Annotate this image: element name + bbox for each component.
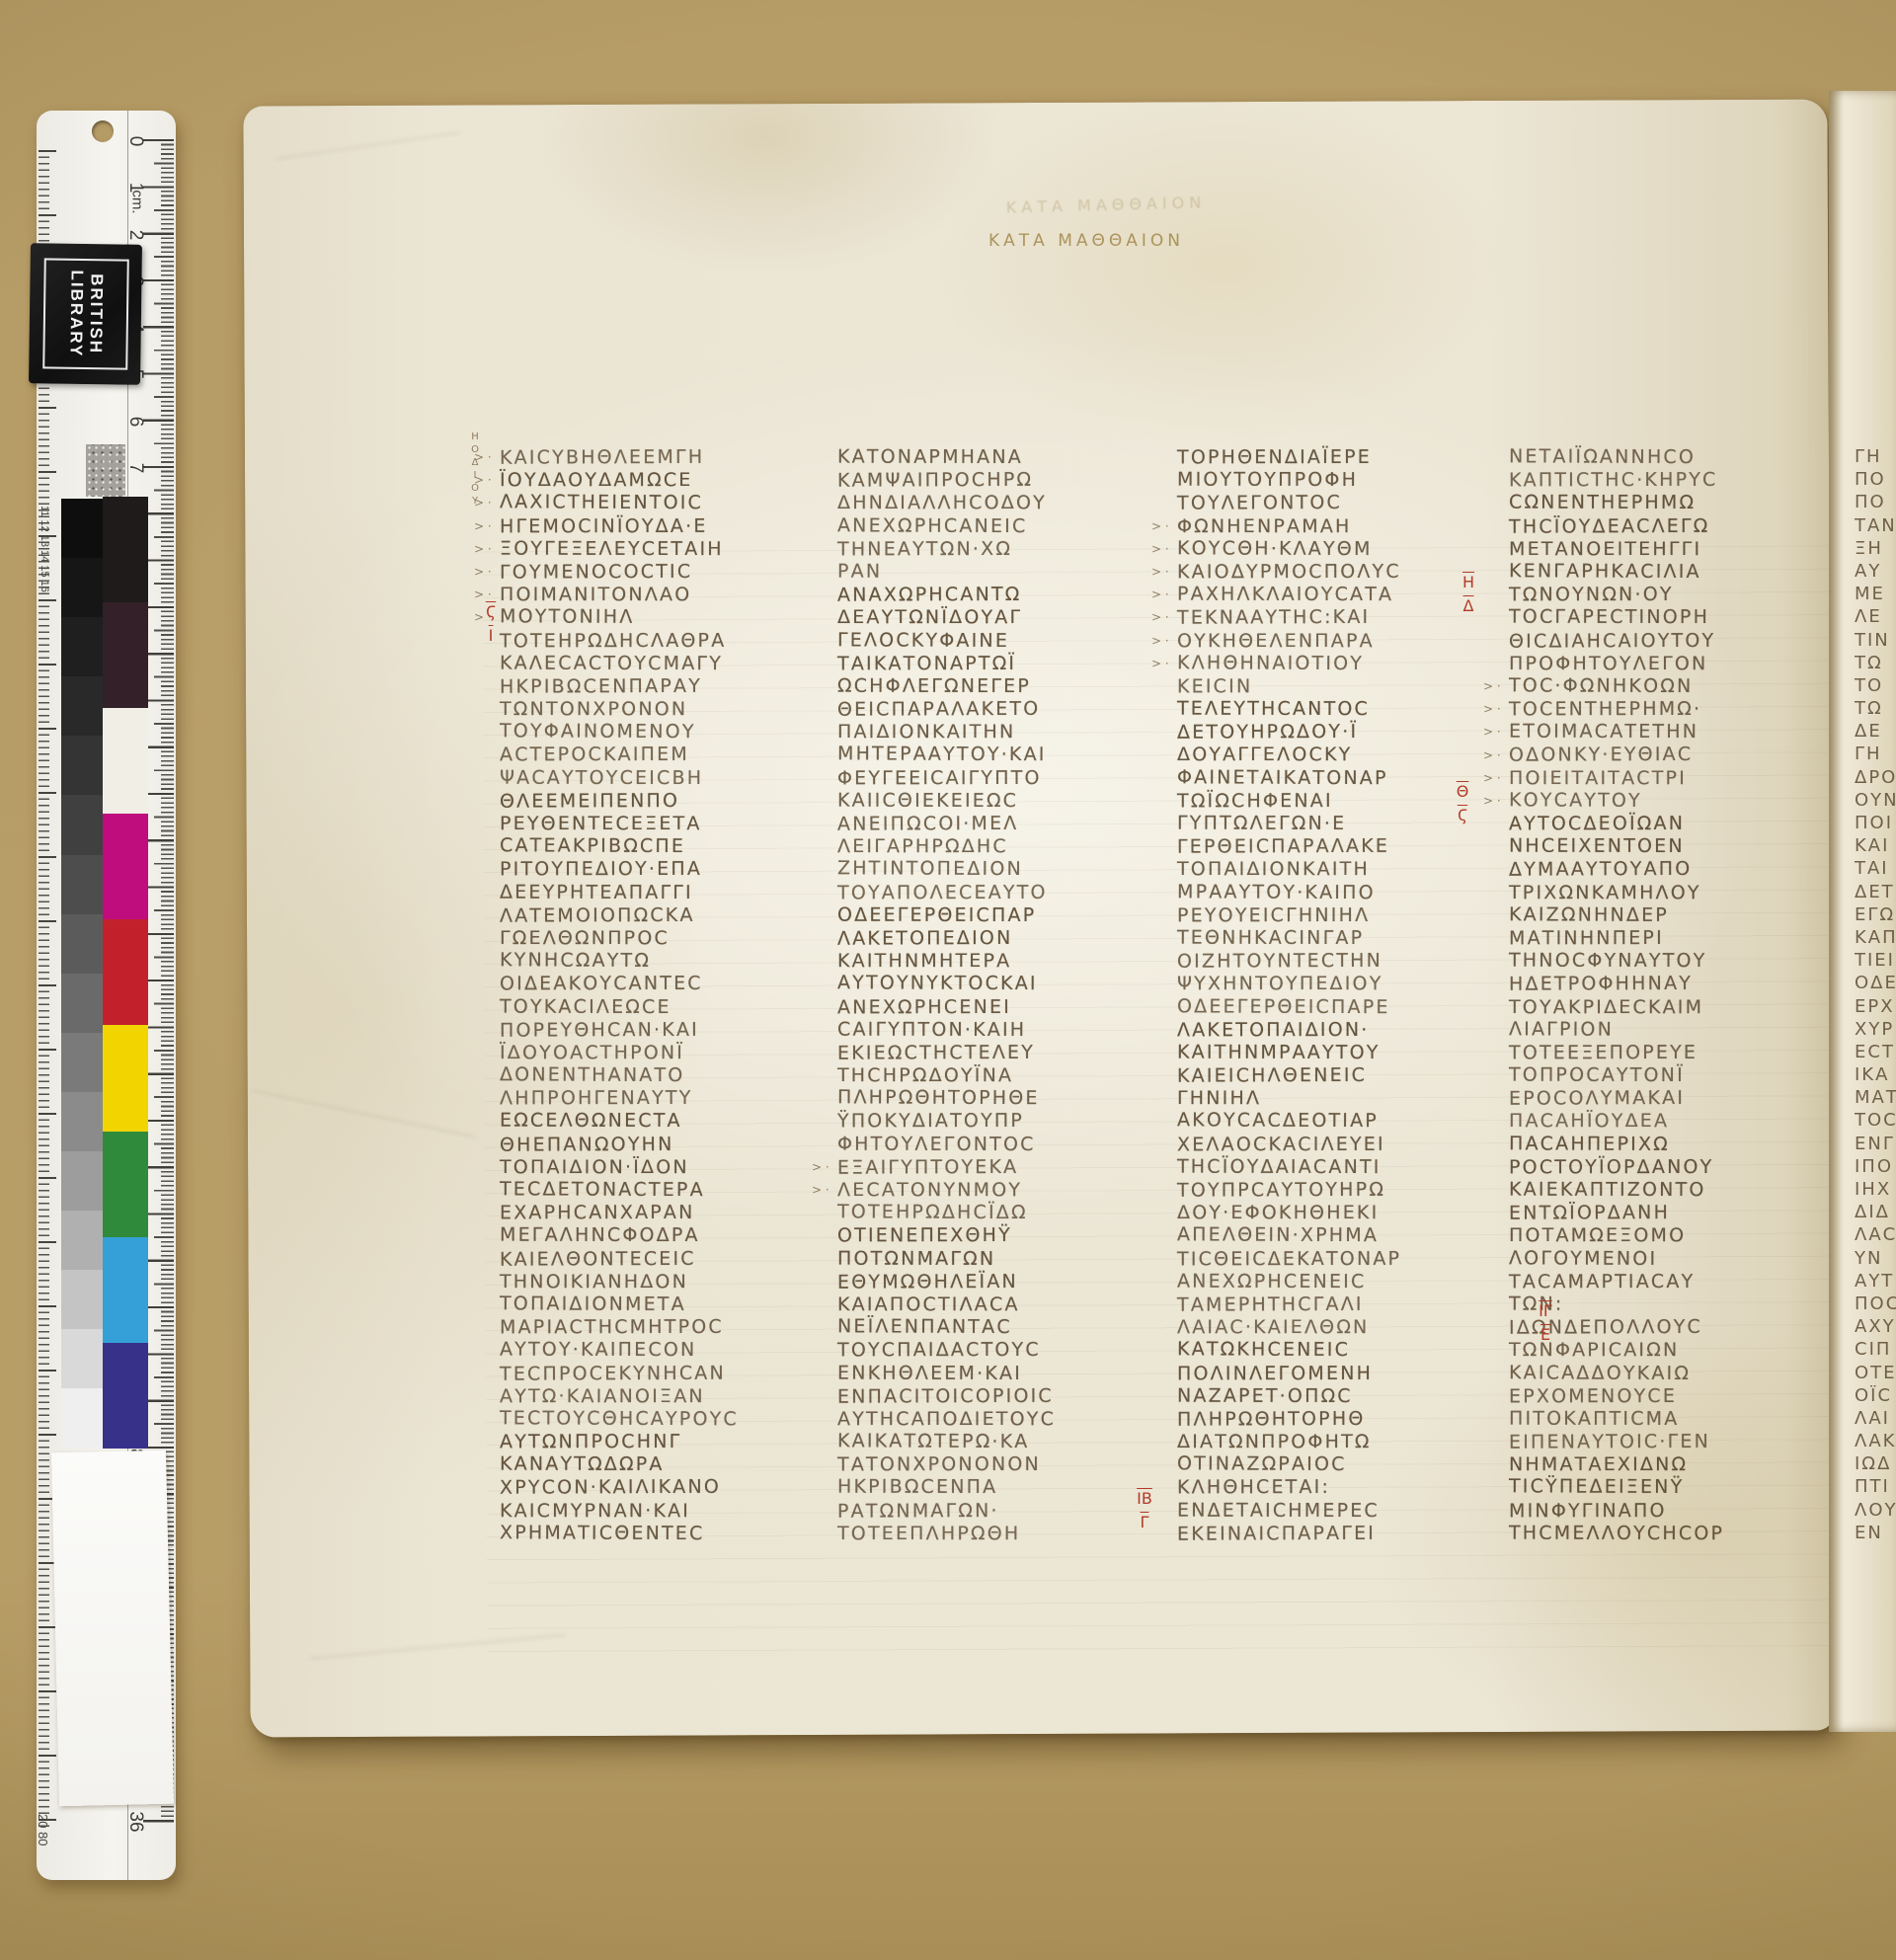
manuscript-line: ΤΑΜΕΡΗΤΗϹΓΑΛΙ xyxy=(1177,1293,1503,1317)
manuscript-line: ΜΕΓΑΛΗΝϹΦΟΔΡΑ xyxy=(500,1224,826,1248)
manuscript-line: ΤΗϹΪΟΥΔΕΑϹΛΕΓΩ xyxy=(1509,514,1835,539)
manuscript-line: ΤΟΥΑΚΡΙΔΕϹΚΑΙΜ xyxy=(1509,996,1835,1019)
grayscale-step xyxy=(61,974,103,1033)
manuscript-line: ΘΕΙϹΠΑΡΑΛΑΚΕΤΟ xyxy=(837,697,1163,722)
manuscript-line: ΑΝΕΧΩΡΗϹΑΝΕΙϹ xyxy=(837,514,1163,539)
manuscript-line: ΚΥΝΗϹΩΑΥΤΩ xyxy=(500,949,826,974)
edge-text-fragment: ΙΩΔ xyxy=(1855,1453,1896,1476)
manuscript-line: ΔΗΝΔΙΑΛΛΗϹΟΔΟΥ xyxy=(837,492,1163,514)
eusebian-canon-number: Δ xyxy=(1454,594,1483,618)
manuscript-line: ϹΑΤΕΑΚΡΙΒΩϹΠΕ xyxy=(500,834,826,859)
manuscript-line: ΛΟΓΟΥΜΕΝΟΙ xyxy=(1509,1247,1835,1272)
manuscript-line: ΚΑΙΕΙϹΗΛΘΕΝΕΙϹ xyxy=(1177,1063,1503,1088)
manuscript-line: ΛΑΚΕΤΟΠΕΔΙΟΝ xyxy=(837,926,1163,951)
manuscript-line: ΚΑΜΨΑΙΠΡΟϹΗΡΩ xyxy=(837,468,1163,493)
manuscript-line: ΘΗΕΠΑΝΩΟΥΗΝ xyxy=(500,1133,826,1157)
manuscript-line: ΔΥΜΑΑΥΤΟΥΑΠΟ xyxy=(1509,858,1835,883)
manuscript-line: ΜΡΑΑΥΤΟΥ·ΚΑΙΠΟ xyxy=(1177,881,1503,905)
british-library-label: BRITISH LIBRARY xyxy=(42,258,129,369)
edge-text-fragment: ΕΡΧ xyxy=(1855,996,1896,1019)
grayscale-step-strip xyxy=(61,499,103,1449)
eusebian-section-number: Ϛ xyxy=(476,600,506,624)
manuscript-line: ΔΕΤΟΥΗΡΩΔΟΥ·Ϊ xyxy=(1177,721,1503,745)
manuscript-line: ΤΟϹΓΑΡΕϹΤΙΝΟΡΗ xyxy=(1509,606,1835,630)
manuscript-line: ΤΙϹΫΠΕΔΕΙΞΕΝΫ xyxy=(1509,1476,1835,1501)
diple-quotation-mark: > · xyxy=(1483,725,1501,739)
manuscript-line: ΑΥΤΟϹΔΕΟΪΩΑΝ xyxy=(1509,813,1835,836)
manuscript-line: ΑΥΤΟΥ·ΚΑΙΠΕϹΟΝ xyxy=(500,1339,826,1363)
manuscript-line: ΤΩΝΟΥΝΩΝ·ΟΥ xyxy=(1509,584,1835,607)
eusebian-apparatus-mark: ΘϚ xyxy=(1448,780,1477,827)
ruler-cm-number: 36 xyxy=(124,1810,146,1834)
british-library-tab: BRITISH LIBRARY xyxy=(29,243,142,385)
manuscript-line: ΕΩϹΕΛΘΩΝΕϹΤΑ xyxy=(500,1110,826,1134)
manuscript-column-1: ΚΑΙϹΥΒΗΘΛΕΕΜΓΗΪΟΥΔΑΟΥΔΑΜΩϹΕΛΑΧΙϹΤΗΕΙΕΝΤΟ… xyxy=(500,446,826,1545)
manuscript-line: ΚΑΙΕΛΘΟΝΤΕϹΕΙϹ xyxy=(500,1247,826,1272)
manuscript-line: ΕΤΟΙΜΑϹΑΤΕΤΗΝ xyxy=(1509,721,1835,745)
marginal-note-vertical: ΗΟΔΙΟΥ xyxy=(468,431,482,508)
photograph-background: ΚΑΤΑ ΜΑΘΘΑΙΟΝ ΚΑΤΑ ΜΑΘΘΑΙΟΝ ΚΑΙϹΥΒΗΘΛΕΕΜ… xyxy=(0,0,1896,1960)
diple-quotation-mark: > · xyxy=(474,565,492,579)
eusebian-section-number: ΙΓ xyxy=(1531,1299,1560,1323)
edge-text-fragment: ΔΙΔ xyxy=(1855,1202,1896,1224)
grayscale-step xyxy=(61,1388,103,1448)
manuscript-line: ΕΘΥΜΩΘΗΛΕΪΑΝ xyxy=(837,1270,1163,1294)
manuscript-line: ΤΕϹΤΟΥϹΘΗϹΑΥΡΟΥϹ xyxy=(500,1407,826,1432)
edge-text-fragment: ΠΟ xyxy=(1855,469,1896,492)
manuscript-line: ΤΕϹΠΡΟϹΕΚΥΝΗϹΑΝ xyxy=(500,1362,826,1386)
manuscript-line: ΟΤΙΕΝΕΠΕΧΘΗΫ xyxy=(837,1224,1163,1248)
ruler-side-scale-bottom: 20 80 xyxy=(36,1814,50,1846)
manuscript-line: ΝΕΪΛΕΝΠΑΝΤΑϹ xyxy=(837,1315,1163,1340)
manuscript-line: ΚΕΝΓΑΡΗΚΑϹΙΛΙΑ xyxy=(1509,560,1835,585)
edge-text-fragment: ΓΗ xyxy=(1855,446,1896,469)
edge-text-fragment: ΟΔΕ xyxy=(1855,973,1896,995)
manuscript-line: ΨΥΧΗΝΤΟΥΠΕΔΙΟΥ xyxy=(1177,973,1503,995)
eusebian-section-number: Η xyxy=(1454,571,1483,594)
edge-text-fragment: ΓΗ xyxy=(1855,744,1896,766)
edge-text-fragment: ΛΕ xyxy=(1855,606,1896,629)
manuscript-line: ΚΑΙϹΑΔΔΟΥΚΑΙΩ xyxy=(1509,1362,1835,1386)
manuscript-line: ΤΟΠΡΟϹΑΥΤΟΝΪ xyxy=(1509,1064,1835,1088)
diple-quotation-mark: > · xyxy=(1151,588,1169,601)
manuscript-line: ΞΟΥΓΕΞΕΛΕΥϹΕΤΑΙΗ xyxy=(500,537,826,561)
diple-quotation-mark: > · xyxy=(1483,748,1501,762)
manuscript-line: ΑΠΕΛΘΕΙΝ·ΧΡΗΜΑ xyxy=(1177,1224,1503,1249)
manuscript-line: ΤΗϹΗΡΩΔΟΥΪΝΑ xyxy=(837,1064,1163,1087)
manuscript-line: ΠΙΤΟΚΑΠΤΙϹΜΑ xyxy=(1509,1408,1835,1432)
edge-text-fragment: ΑΥ xyxy=(1855,561,1896,584)
diple-quotation-mark: > · xyxy=(1483,771,1501,785)
manuscript-line: ΑΥΤΟΥΝΥΚΤΟϹΚΑΙ xyxy=(837,973,1163,997)
manuscript-line: ΟΔΟΝΚΥ·ΕΥΘΙΑϹ xyxy=(1509,744,1835,768)
diple-quotation-mark: > · xyxy=(1151,657,1169,670)
running-title: ΚΑΤΑ ΜΑΘΘΑΙΟΝ xyxy=(928,231,1244,251)
manuscript-column-4: ΝΕΤΑΙΪΩΑΝΝΗϹΟΚΑΠΤΙϹΤΗϹ·ΚΗΡΥϹϹΩΝΕΝΤΗΕΡΗΜΩ… xyxy=(1509,446,1835,1545)
manuscript-line: ΧΡΗΜΑΤΙϹΘΕΝΤΕϹ xyxy=(500,1522,826,1546)
manuscript-line: ΤΑΤΟΝΧΡΟΝΟΝΟΝ xyxy=(837,1453,1163,1477)
parchment-crease xyxy=(252,1090,475,1141)
edge-text-fragment: ΟΤΕ xyxy=(1855,1363,1896,1385)
brand-line-2: LIBRARY xyxy=(65,270,86,357)
manuscript-line: ΤΟΥΦΑΙΝΟΜΕΝΟΥ xyxy=(500,721,826,745)
manuscript-line: ΡΑΤΩΝΜΑΓΩΝ· xyxy=(837,1499,1163,1524)
calibration-speckle-patch xyxy=(86,444,125,497)
manuscript-line: ΤΟΥΠΡϹΑΥΤΟΥΗΡΩ xyxy=(1177,1178,1503,1203)
grayscale-step xyxy=(61,795,103,854)
grayscale-step xyxy=(61,1270,103,1329)
manuscript-line: ΩϹΗΦΛΕΓΩΝΕΓΕΡ xyxy=(837,675,1163,699)
manuscript-line: ΡΕΥΘΕΝΤΕϹΕΞΕΤΑ xyxy=(500,813,826,835)
diple-quotation-mark: > · xyxy=(1151,634,1169,648)
edge-text-fragment: ΤΑΙ xyxy=(1855,858,1896,881)
manuscript-line: ΠΟΤΑΜΩΕΞΟΜΟ xyxy=(1509,1224,1835,1247)
manuscript-line: ΗΓΕΜΟϹΙΝΪΟΥΔΑ·Ε xyxy=(500,514,826,538)
edge-text-fragment: ΟΪϹ xyxy=(1855,1385,1896,1408)
manuscript-line: ΜΗΤΕΡΑΑΥΤΟΥ·ΚΑΙ xyxy=(837,744,1163,768)
manuscript-line: ΪΟΥΔΑΟΥΔΑΜΩϹΕ xyxy=(500,469,826,492)
edge-text-fragment: ΛΟΥ xyxy=(1855,1500,1896,1523)
eusebian-canon-number: Ι xyxy=(476,624,506,648)
diple-quotation-mark: > · xyxy=(812,1160,829,1174)
edge-text-fragment: ΠΟΙ xyxy=(1855,813,1896,835)
manuscript-line: ΕΝΤΩΪΟΡΔΑΝΗ xyxy=(1509,1201,1835,1225)
manuscript-line: ΚΑΙΕΚΑΠΤΙΖΟΝΤΟ xyxy=(1509,1179,1835,1203)
edge-text-fragment: ΑΥΤ xyxy=(1855,1271,1896,1294)
edge-text-fragment: ΚΑΠ xyxy=(1855,927,1896,950)
manuscript-line: ΚΑΛΕϹΑϹΤΟΥϹΜΑΓΥ xyxy=(500,652,826,675)
edge-text-fragment: ΕϹΤΙ xyxy=(1855,1042,1896,1064)
edge-text-fragment: ΧΥΡ xyxy=(1855,1019,1896,1042)
grayscale-step xyxy=(61,736,103,795)
manuscript-line: ΚΟΥϹΘΗ·ΚΛΑΥΘΜ xyxy=(1177,537,1503,562)
manuscript-line: ΤΕΛΕΥΤΗϹΑΝΤΟϹ xyxy=(1177,698,1503,722)
manuscript-line: ΤΟϹΕΝΤΗΕΡΗΜΩ· xyxy=(1509,698,1835,722)
eusebian-canon-number: Ε xyxy=(1531,1323,1560,1347)
manuscript-line: ΕΧΑΡΗϹΑΝΧΑΡΑΝ xyxy=(500,1202,826,1225)
manuscript-line: ΝΑΖΑΡΕΤ·ΟΠΩϹ xyxy=(1177,1384,1503,1408)
manuscript-line: ΡΙΤΟΥΠΕΔΙΟΥ·ΕΠΑ xyxy=(500,858,826,882)
manuscript-line: ΛΗΠΡΟΗΓΕΝΑΥΤΥ xyxy=(500,1087,826,1111)
manuscript-line: ΜΙΝΦΥΓΙΝΑΠΟ xyxy=(1509,1499,1835,1523)
white-card xyxy=(51,1450,174,1807)
grayscale-step xyxy=(61,1092,103,1151)
manuscript-line: ΑΥΤΩΝΠΡΟϹΗΝΓ xyxy=(500,1431,826,1454)
manuscript-line: ΓΟΥΜΕΝΟϹΟϹΤΙϹ xyxy=(500,560,826,585)
manuscript-line: ΠΑϹΑΗΪΟΥΔΕΑ xyxy=(1509,1110,1835,1133)
manuscript-line: ΔΙΑΤΩΝΠΡΟΦΗΤΩ xyxy=(1177,1431,1503,1453)
manuscript-line: ΖΗΤΙΝΤΟΠΕΔΙΟΝ xyxy=(837,858,1163,883)
manuscript-line: ΚΑΙΚΑΤΩΤΕΡΩ·ΚΑ xyxy=(837,1430,1163,1454)
manuscript-line: ΟΔΕΕΓΕΡΘΕΙϹΠΑΡΕ xyxy=(1177,995,1503,1020)
edge-text-fragment: ΙΚΑ xyxy=(1855,1064,1896,1087)
manuscript-line: ΟΤΙΝΑΖΩΡΑΙΟϹ xyxy=(1177,1453,1503,1478)
edge-text-fragment: ΟΥΝ xyxy=(1855,790,1896,813)
diple-quotation-mark: > · xyxy=(812,1183,829,1197)
manuscript-line: ΨΑϹΑΥΤΟΥϹΕΙϹΒΗ xyxy=(500,766,826,790)
manuscript-column-2: ΚΑΤΟΝΑΡΜΗΑΝΑΚΑΜΨΑΙΠΡΟϹΗΡΩΔΗΝΔΙΑΛΛΗϹΟΔΟΥΑ… xyxy=(837,446,1163,1545)
manuscript-line: ΤΙϹΘΕΙϹΔΕΚΑΤΟΝΑΡ xyxy=(1177,1247,1503,1271)
ruler-cm-number: 1 xyxy=(124,176,146,199)
manuscript-line: ΛΕΙΓΑΡΗΡΩΔΗϹ xyxy=(837,835,1163,858)
manuscript-line: ΛΕϹΑΤΟΝΥΝΜΟΥ xyxy=(837,1179,1163,1202)
edge-text-fragment: ΛΑΚ xyxy=(1855,1431,1896,1453)
manuscript-line: ΤΟϹ·ΦΩΝΗΚΟΩΝ xyxy=(1509,674,1835,699)
grayscale-step xyxy=(61,914,103,974)
manuscript-line: ΦΕΥΓΕΕΙϹΑΙΓΥΠΤΟ xyxy=(837,766,1163,790)
ruler-cm-number: 2 xyxy=(124,223,146,247)
manuscript-line: ΤΟΥΛΕΓΟΝΤΟϹ xyxy=(1177,492,1503,516)
manuscript-line: ΑΥΤΗϹΑΠΟΔΙΕΤΟΥϹ xyxy=(837,1408,1163,1431)
edge-text-fragment: ΛΑΙ xyxy=(1855,1408,1896,1431)
grayscale-step xyxy=(61,855,103,914)
manuscript-line: ΤΟΡΗΘΕΝΔΙΑΪΕΡΕ xyxy=(1177,446,1503,470)
color-patch xyxy=(103,1237,148,1343)
manuscript-line: ΠΟΛΙΝΛΕΓΟΜΕΝΗ xyxy=(1177,1362,1503,1385)
color-patch xyxy=(103,708,148,814)
manuscript-line: ΤΟΥΑΠΟΛΕϹΕΑΥΤΟ xyxy=(837,881,1163,904)
manuscript-line: ΑΥΤΩ·ΚΑΙΑΝΟΙΞΑΝ xyxy=(500,1385,826,1408)
diple-quotation-mark: > · xyxy=(474,542,492,556)
edge-text-fragment: ϹΙΠ xyxy=(1855,1339,1896,1362)
edge-text-fragment: ΛΑϹ xyxy=(1855,1224,1896,1247)
adjacent-folio-text-fragments: ΓΗΠΟΠΟΤΑΝΞΗΑΥΜΕΛΕΤΙΝΤΩΤΟΤΩΔΕΓΗΔΡΟΟΥΝΠΟΙΚ… xyxy=(1855,446,1896,1545)
manuscript-line: ΠΑϹΑΗΠΕΡΙΧΩ xyxy=(1509,1133,1835,1157)
manuscript-line: ΝΕΤΑΙΪΩΑΝΝΗϹΟ xyxy=(1509,445,1835,470)
edge-text-fragment: ΤΟ xyxy=(1855,675,1896,698)
manuscript-line: ΜΕΤΑΝΟΕΙΤΕΗΓΓΙ xyxy=(1509,538,1835,561)
manuscript-line: ΚΑΙϹΥΒΗΘΛΕΕΜΓΗ xyxy=(500,445,826,470)
manuscript-line: ΟΙΔΕΑΚΟΥϹΑΝΤΕϹ xyxy=(500,973,826,996)
manuscript-line: ΛΙΑΓΡΙΟΝ xyxy=(1509,1018,1835,1043)
grayscale-step xyxy=(61,1151,103,1211)
manuscript-line: ΚΑΤΩΚΗϹΕΝΕΙϹ xyxy=(1177,1339,1503,1364)
edge-text-fragment: ΤΩ xyxy=(1855,653,1896,675)
edge-text-fragment: ΕΝΓ xyxy=(1855,1134,1896,1156)
edge-text-fragment: ΔΕΤ xyxy=(1855,882,1896,904)
eusebian-apparatus-mark: ΗΔ xyxy=(1454,571,1483,618)
edge-text-fragment: ΠΟϹ xyxy=(1855,1294,1896,1316)
adjacent-folio-edge: ΓΗΠΟΠΟΤΑΝΞΗΑΥΜΕΛΕΤΙΝΤΩΤΟΤΩΔΕΓΗΔΡΟΟΥΝΠΟΙΚ… xyxy=(1829,91,1896,1732)
manuscript-line: ϹΩΝΕΝΤΗΕΡΗΜΩ xyxy=(1509,492,1835,515)
manuscript-line: ΤΟΥϹΠΑΙΔΑϹΤΟΥϹ xyxy=(837,1339,1163,1363)
color-patch xyxy=(103,1025,148,1131)
ruler-hanging-hole xyxy=(92,120,114,142)
manuscript-line: ΤΟΤΕΕΠΛΗΡΩΘΗ xyxy=(837,1523,1163,1545)
manuscript-line: ΔΟΥ·ΕΦΟΚΗΘΗΕΚΙ xyxy=(1177,1202,1503,1224)
eusebian-apparatus-mark: ϚΙ xyxy=(476,600,506,648)
grayscale-step xyxy=(61,1211,103,1270)
color-patch xyxy=(103,814,148,919)
diple-quotation-mark: > · xyxy=(1483,679,1501,693)
manuscript-line: ΟΙΖΗΤΟΥΝΤΕϹΤΗΝ xyxy=(1177,949,1503,974)
manuscript-line: ΤΟΥΚΑϹΙΛΕΩϹΕ xyxy=(500,995,826,1019)
manuscript-line: ΗΔΕΤΡΟΦΗΗΝΑΥ xyxy=(1509,973,1835,997)
edge-text-fragment: ΙΠΟ xyxy=(1855,1156,1896,1179)
manuscript-line: ΤΟΤΕΗΡΩΔΗϹΛΑΘΡΑ xyxy=(500,629,826,653)
grayscale-step xyxy=(61,558,103,617)
edge-text-fragment: ΕΓΩ xyxy=(1855,904,1896,927)
manuscript-line: ΤΑΙΚΑΤΟΝΑΡΤΩΪ xyxy=(837,652,1163,675)
manuscript-line: ΠΛΗΡΩΘΗΤΟΡΗΘΕ xyxy=(837,1087,1163,1112)
manuscript-line: ΤΗΝΟϹΦΥΝΑΥΤΟΥ xyxy=(1509,950,1835,974)
manuscript-line: ΚΑΠΤΙϹΤΗϹ·ΚΗΡΥϹ xyxy=(1509,469,1835,493)
color-patch xyxy=(103,919,148,1025)
manuscript-line: ΧΕΛΑΟϹΚΑϹΙΛΕΥΕΙ xyxy=(1177,1133,1503,1156)
manuscript-line: ΑΚΟΥϹΑϹΔΕΟΤΙΑΡ xyxy=(1177,1110,1503,1135)
manuscript-line: ΤΗΝΟΙΚΙΑΝΗΔΟΝ xyxy=(500,1271,826,1294)
diple-quotation-mark: > · xyxy=(1151,542,1169,556)
ruler-side-scale-mid: 11 12 13 14 15 16 xyxy=(39,506,50,592)
manuscript-line: ΫΠΟΚΥΔΙΑΤΟΥΠΡ xyxy=(837,1110,1163,1134)
manuscript-line: ΕΞΑΙΓΥΠΤΟΥΕΚΑ xyxy=(837,1155,1163,1180)
manuscript-line: ΝΗϹΕΙΧΕΝΤΟΕΝ xyxy=(1509,835,1835,859)
manuscript-line: ΡΑΝ xyxy=(837,561,1163,585)
manuscript-line: ΤΗϹΜΕΛΛΟΥϹΗϹΟΡ xyxy=(1509,1522,1835,1545)
manuscript-line: ΕΚΙΕΩϹΤΗϹΤΕΛΕΥ xyxy=(837,1041,1163,1065)
manuscript-line: ΑΝΕΙΠΩϹΟΙ·ΜΕΛ xyxy=(837,812,1163,836)
edge-text-fragment: ΜΑΤ xyxy=(1855,1087,1896,1110)
manuscript-line: ΪΔΟΥΟΑϹΤΗΡΟΝΪ xyxy=(500,1042,826,1064)
ruler-cm-number: 0 xyxy=(124,129,146,153)
edge-text-fragment: ΤΙΕΙ xyxy=(1855,950,1896,973)
manuscript-line: ΝΗΜΑΤΑΕΧΙΔΝΩ xyxy=(1509,1453,1835,1476)
manuscript-line: ΤΡΙΧΩΝΚΑΜΗΛΟΥ xyxy=(1509,882,1835,904)
grayscale-step xyxy=(61,499,103,558)
grayscale-step xyxy=(61,1033,103,1092)
diple-quotation-mark: > · xyxy=(1151,519,1169,533)
manuscript-line: ΦΩΝΗΕΝΡΑΜΑΗ xyxy=(1177,515,1503,538)
manuscript-line: ΚΑΙΤΗΝΜΗΤΕΡΑ xyxy=(837,950,1163,973)
edge-text-fragment: ΤΑΝ xyxy=(1855,515,1896,538)
manuscript-line: ΗΚΡΙΒΩϹΕΝΠΑΡΑΥ xyxy=(500,674,826,699)
grayscale-step xyxy=(61,617,103,676)
manuscript-line: ΑΝΑΧΩΡΗϹΑΝΤΩ xyxy=(837,583,1163,607)
manuscript-line: ΤΟΠΑΙΔΙΟΝ·ΪΔΟΝ xyxy=(500,1156,826,1179)
manuscript-line: ΕΡΟϹΟΛΥΜΑΚΑΙ xyxy=(1509,1087,1835,1112)
manuscript-line: ΠΡΟΦΗΤΟΥΛΕΓΟΝ xyxy=(1509,653,1835,675)
manuscript-line: ΛΑΙΑϹ·ΚΑΙΕΛΘΩΝ xyxy=(1177,1316,1503,1339)
manuscript-line: ΠΑΙΔΙΟΝΚΑΙΤΗΝ xyxy=(837,721,1163,744)
eusebian-apparatus-mark: ΙΒΓ xyxy=(1130,1487,1159,1534)
diple-quotation-mark: > · xyxy=(1483,702,1501,716)
manuscript-line: ΔΕΕΥΡΗΤΕΑΠΑΓΓΙ xyxy=(500,881,826,904)
diple-quotation-mark: > · xyxy=(1151,565,1169,579)
manuscript-line: ΑΝΕΧΩΡΗϹΕΝΕΙϹ xyxy=(1177,1270,1503,1294)
manuscript-line: ΚΛΗΘΗϹΕΤΑΙ: xyxy=(1177,1476,1503,1500)
manuscript-line: ΓΗΝΙΗΛ xyxy=(1177,1087,1503,1110)
eusebian-canon-number: Γ xyxy=(1130,1511,1159,1534)
manuscript-line: ΚΑΙΙϹΘΙΕΚΕΙΕΩϹ xyxy=(837,789,1163,813)
manuscript-line: ΠΟΤΩΝΜΑΓΩΝ xyxy=(837,1247,1163,1271)
manuscript-line: ΠΟΙΕΙΤΑΙΤΑϹΤΡΙ xyxy=(1509,767,1835,790)
manuscript-line: ΤΟΤΕΕΞΕΠΟΡΕΥΕ xyxy=(1509,1042,1835,1065)
manuscript-line: ΘΙϹΔΙΑΗϹΑΙΟΥΤΟΥ xyxy=(1509,629,1835,654)
manuscript-line: ΤΟΠΑΙΔΙΟΝΜΕΤΑ xyxy=(500,1293,826,1317)
manuscript-line: ΚΑΤΟΝΑΡΜΗΑΝΑ xyxy=(837,446,1163,470)
eusebian-canon-number: Ϛ xyxy=(1448,804,1477,827)
manuscript-line: ΦΗΤΟΥΛΕΓΟΝΤΟϹ xyxy=(837,1133,1163,1156)
manuscript-line: ΚΟΥϹΑΥΤΟΥ xyxy=(1509,789,1835,814)
edge-text-fragment: ΚΑΙ xyxy=(1855,835,1896,858)
manuscript-line: ΜΑΡΙΑϹΤΗϹΜΗΤΡΟϹ xyxy=(500,1316,826,1340)
edge-text-fragment: ΞΗ xyxy=(1855,538,1896,561)
edge-text-fragment: ΤΩ xyxy=(1855,698,1896,721)
edge-text-fragment: ΠΤΙ xyxy=(1855,1476,1896,1499)
manuscript-line: ϹΑΙΓΥΠΤΟΝ·ΚΑΙΗ xyxy=(837,1018,1163,1042)
color-patch xyxy=(103,602,148,708)
manuscript-line: ΕΡΧΟΜΕΝΟΥϹΕ xyxy=(1509,1384,1835,1408)
manuscript-line: ΗΚΡΙΒΩϹΕΝΠΑ xyxy=(837,1476,1163,1500)
manuscript-line: ΤΟΠΑΙΔΙΟΝΚΑΙΤΗ xyxy=(1177,858,1503,881)
manuscript-line: ΤΑϹΑΜΑΡΤΙΑϹΑΥ xyxy=(1509,1270,1835,1294)
ruler-cm-number: 6 xyxy=(124,410,146,433)
color-patch-strip xyxy=(103,497,148,1449)
manuscript-line: ΠΟΙΜΑΝΙΤΟΝΛΑΟ xyxy=(500,584,826,606)
grayscale-step xyxy=(61,1329,103,1388)
manuscript-line: ΓΕΛΟϹΚΥΦΑΙΝΕ xyxy=(837,629,1163,654)
diple-quotation-mark: > · xyxy=(1483,794,1501,808)
manuscript-line: ΘΛΕΕΜΕΙΠΕΝΠΟ xyxy=(500,789,826,814)
grayscale-step xyxy=(61,676,103,736)
edge-text-fragment: ΠΟ xyxy=(1855,492,1896,514)
manuscript-line: ΓΕΡΘΕΙϹΠΑΡΑΛΑΚΕ xyxy=(1177,834,1503,859)
edge-text-fragment: ΥΝ xyxy=(1855,1248,1896,1271)
manuscript-line: ΕΙΠΕΝΑΥΤΟΙϹ·ΓΕΝ xyxy=(1509,1430,1835,1454)
manuscript-line: ΔΟΥΑΓΓΕΛΟϹΚΥ xyxy=(1177,744,1503,766)
manuscript-line: ΑΝΕΧΩΡΗϹΕΝΕΙ xyxy=(837,995,1163,1019)
manuscript-line: ΕΚΕΙΝΑΙϹΠΑΡΑΓΕΙ xyxy=(1177,1522,1503,1546)
manuscript-line: ΛΑΚΕΤΟΠΑΙΔΙΟΝ· xyxy=(1177,1018,1503,1042)
manuscript-line: ΚΕΙϹΙΝ xyxy=(1177,675,1503,699)
manuscript-line: ΜΙΟΥΤΟΥΠΡΟΦΗ xyxy=(1177,469,1503,493)
manuscript-line: ΓΩΕΛΘΩΝΠΡΟϹ xyxy=(500,927,826,950)
manuscript-line: ΛΑΤΕΜΟΙΟΠΩϹΚΑ xyxy=(500,903,826,928)
ruler-cm-number: 7 xyxy=(124,456,146,480)
manuscript-line: ΠΛΗΡΩΘΗΤΟΡΗΘ xyxy=(1177,1407,1503,1432)
diple-quotation-mark: > · xyxy=(1151,610,1169,624)
edge-text-fragment: ΔΕ xyxy=(1855,721,1896,744)
manuscript-line: ΚΑΝΑΥΤΩΔΩΡΑ xyxy=(500,1453,826,1477)
edge-text-fragment: ΕΝ xyxy=(1855,1523,1896,1545)
manuscript-line: ΚΑΙΤΗΝΜΡΑΑΥΤΟΥ xyxy=(1177,1042,1503,1065)
manuscript-line: ΤΟΤΕΗΡΩΔΗϹΪΔΩ xyxy=(837,1201,1163,1225)
manuscript-line: ΜΑΤΙΝΗΝΠΕΡΙ xyxy=(1509,927,1835,951)
edge-text-fragment: ΑΧΥ xyxy=(1855,1316,1896,1339)
manuscript-line: ΤΩΝΤΟΝΧΡΟΝΟΝ xyxy=(500,698,826,721)
edge-text-fragment: ΤΟϹ xyxy=(1855,1110,1896,1133)
color-patch xyxy=(103,497,148,602)
manuscript-line: ΔΟΝΕΝΤΗΑΝΑΤΟ xyxy=(500,1063,826,1088)
manuscript-line: ΑϹΤΕΡΟϹΚΑΙΠΕΜ xyxy=(500,744,826,767)
manuscript-line: ΜΟΥΤΟΝΙΗΛ xyxy=(500,606,826,631)
eusebian-section-number: Θ xyxy=(1448,780,1477,804)
manuscript-line: ΚΑΙϹΜΥΡΝΑΝ·ΚΑΙ xyxy=(500,1500,826,1523)
manuscript-line: ΕΝΠΑϹΙΤΟΙϹΟΡΙΟΙϹ xyxy=(837,1384,1163,1409)
edge-text-fragment: ΔΡΟ xyxy=(1855,767,1896,790)
manuscript-line: ΤΗΝΕΑΥΤΩΝ·ΧΩ xyxy=(837,537,1163,561)
manuscript-line: ΚΛΗΘΗΝΑΙΟΤΙΟΥ xyxy=(1177,652,1503,676)
manuscript-line: ΚΑΙΖΩΝΗΝΔΕΡ xyxy=(1509,903,1835,928)
manuscript-line: ΔΕΑΥΤΩΝΪΔΟΥΑΓ xyxy=(837,606,1163,629)
manuscript-line: ΚΑΙΑΠΟϹΤΙΛΑϹΑ xyxy=(837,1294,1163,1316)
manuscript-line: ΡΕΥΟΥΕΙϹΓΗΝΙΗΛ xyxy=(1177,903,1503,927)
eusebian-apparatus-mark: ΙΓΕ xyxy=(1531,1299,1560,1347)
color-patch xyxy=(103,1343,148,1449)
manuscript-line: ΤΕϹΔΕΤΟΝΑϹΤΕΡΑ xyxy=(500,1178,826,1203)
manuscript-line: ΕΝΚΗΘΛΕΕΜ·ΚΑΙ xyxy=(837,1362,1163,1385)
edge-text-fragment: ΤΙΝ xyxy=(1855,630,1896,653)
